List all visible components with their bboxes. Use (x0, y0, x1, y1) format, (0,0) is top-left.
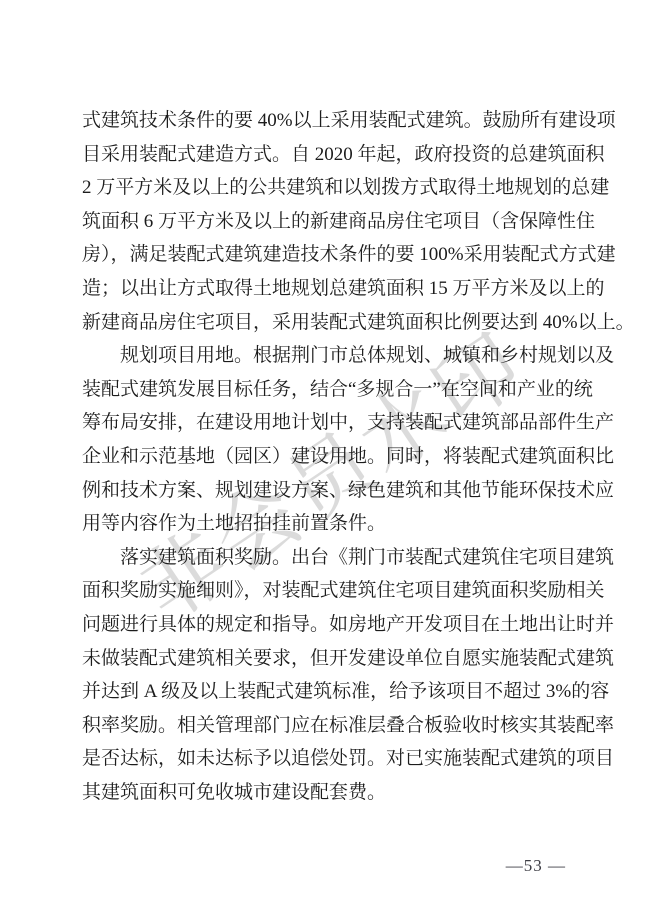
document-page: 非会员水印 式建筑技术条件的要 40%以上采用装配式建筑。鼓励所有建设项 目采用… (0, 0, 650, 919)
paragraph-first-line: 落实建筑面积奖励。出台《荆门市装配式建筑住宅项目建筑 (82, 541, 576, 575)
paragraph-last-line: 用等内容作为土地招拍挂前置条件。 (82, 507, 576, 541)
text-line: 筑面积 6 万平方米及以上的新建商品房住宅项目（含保障性住 (82, 205, 576, 239)
text-line: 例和技术方案、规划建设方案、绿色建筑和其他节能环保技术应 (82, 474, 576, 508)
text-line: 未做装配式建筑相关要求，但开发建设单位自愿实施装配式建筑 (82, 642, 576, 676)
paragraph-last-line: 其建筑面积可免收城市建设配套费。 (82, 776, 576, 810)
text-line: 企业和示范基地（园区）建设用地。同时，将装配式建筑面积比 (82, 440, 576, 474)
text-line: 造；以出让方式取得土地规划总建筑面积 15 万平方米及以上的 (82, 272, 576, 306)
text-line: 面积奖励实施细则》，对装配式建筑住宅项目建筑面积奖励相关 (82, 574, 576, 608)
text-line: 是否达标，如未达标予以追偿处罚。对已实施装配式建筑的项目 (82, 742, 576, 776)
text-line: 装配式建筑发展目标任务，结合“多规合一”在空间和产业的统 (82, 373, 576, 407)
text-line: 并达到 A 级及以上装配式建筑标准，给予该项目不超过 3%的容 (82, 675, 576, 709)
page-number: —53 — (506, 856, 566, 876)
text-line: 2 万平方米及以上的公共建筑和以划拨方式取得土地规划的总建 (82, 171, 576, 205)
text-line: 新建商品房住宅项目，采用装配式建筑面积比例要达到 40%以上。 (82, 306, 576, 340)
text-line: 筹布局安排，在建设用地计划中，支持装配式建筑部品部件生产 (82, 406, 576, 440)
document-body: 式建筑技术条件的要 40%以上采用装配式建筑。鼓励所有建设项 目采用装配式建造方… (82, 104, 576, 809)
text-line: 房），满足装配式建筑建造技术条件的要 100%采用装配式方式建 (82, 238, 576, 272)
paragraph-first-line: 规划项目用地。根据荆门市总体规划、城镇和乡村规划以及 (82, 339, 576, 373)
text-line: 目采用装配式建造方式。自 2020 年起，政府投资的总建筑面积 (82, 138, 576, 172)
text-line: 积率奖励。相关管理部门应在标准层叠合板验收时核实其装配率 (82, 709, 576, 743)
text-line: 问题进行具体的规定和指导。如房地产开发项目在土地出让时并 (82, 608, 576, 642)
text-line: 式建筑技术条件的要 40%以上采用装配式建筑。鼓励所有建设项 (82, 104, 576, 138)
